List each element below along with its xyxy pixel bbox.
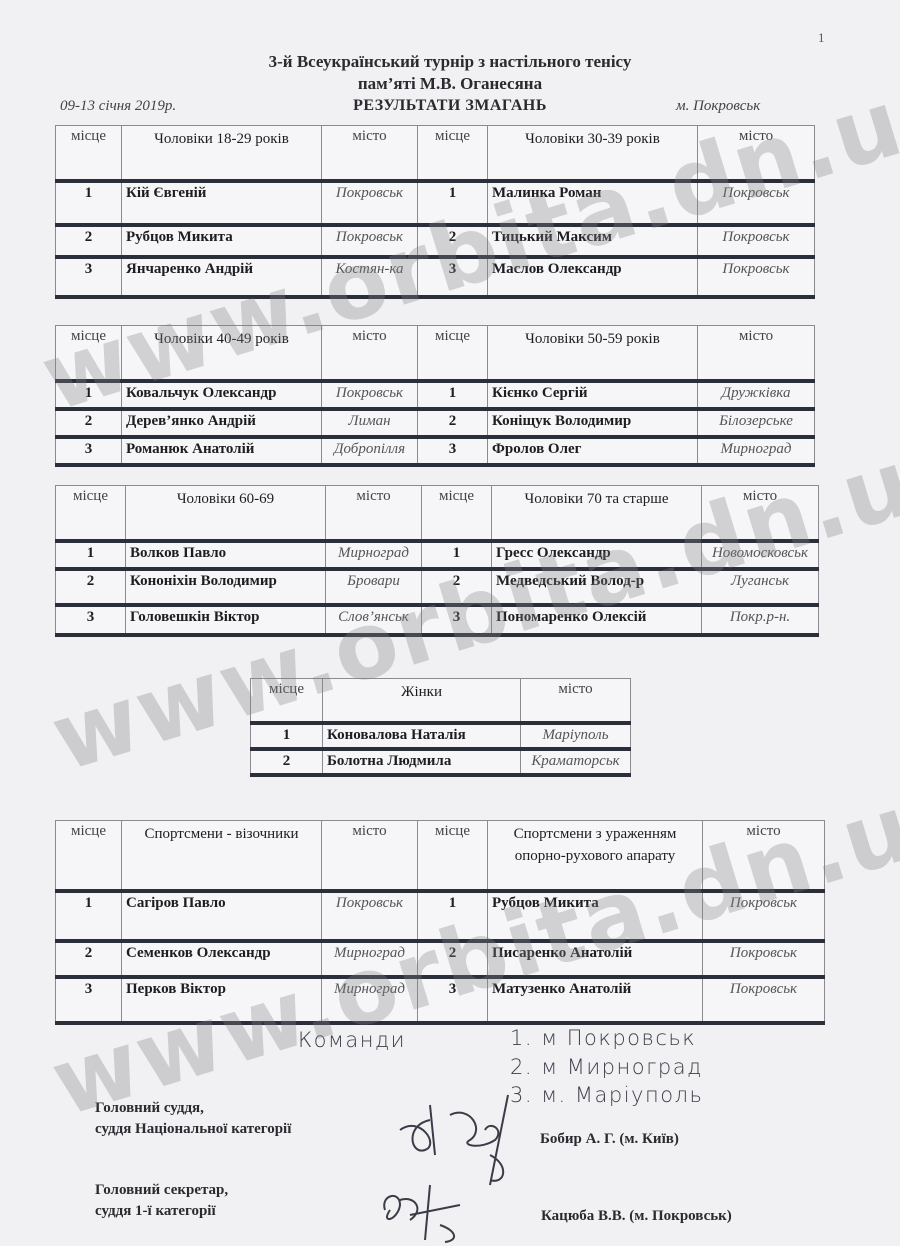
athlete-name: Романюк Анатолій — [122, 437, 322, 465]
table-header: місцеЧоловіки 40-49 роківмістомісцеЧолов… — [56, 326, 815, 381]
col-header-city: місто — [702, 486, 819, 541]
col-header-place: місце — [251, 679, 323, 723]
results-table: місцеЧоловіки 60-69містомісцеЧоловіки 70… — [55, 485, 819, 637]
place-cell: 2 — [56, 409, 122, 437]
athlete-name: Тицький Максим — [488, 225, 698, 257]
place-cell: 1 — [418, 891, 488, 941]
athlete-name: Пономаренко Олексій — [492, 605, 702, 635]
col-header-city: місто — [698, 326, 815, 381]
team-item: 2. м Мирноград — [510, 1055, 703, 1079]
page-number: 1 — [818, 30, 825, 46]
table-row: 3Перков ВікторМирноград3Матузенко Анатол… — [56, 977, 825, 1023]
athlete-name: Перков Віктор — [122, 977, 322, 1023]
category-title: Чоловіки 70 та старше — [492, 486, 702, 541]
athlete-name: Дерев’янко Андрій — [122, 409, 322, 437]
col-header-city: місто — [521, 679, 631, 723]
table-row: 3Головешкін ВікторСлов’янськ3Пономаренко… — [56, 605, 819, 635]
secretary-name: Кацюба В.В. (м. Покровськ) — [541, 1206, 732, 1227]
athlete-name: Коновалова Наталія — [323, 723, 521, 749]
place-cell: 2 — [418, 941, 488, 977]
category-title: Чоловіки 40-49 років — [122, 326, 322, 381]
city-cell: Добропілля — [322, 437, 418, 465]
city-cell: Костян-ка — [322, 257, 418, 297]
place-cell: 3 — [56, 437, 122, 465]
place-cell: 2 — [56, 569, 126, 605]
athlete-name: Кононіхін Володимир — [126, 569, 326, 605]
athlete-name: Медведський Волод-р — [492, 569, 702, 605]
category-title: Чоловіки 50-59 років — [488, 326, 698, 381]
col-header-place: місце — [56, 821, 122, 891]
athlete-name: Рубцов Микита — [488, 891, 703, 941]
city-cell: Білозерське — [698, 409, 815, 437]
city-cell: Покровськ — [703, 941, 825, 977]
city-cell: Новомосковськ — [702, 541, 819, 569]
city-cell: Слов’янськ — [326, 605, 422, 635]
teams-label: Команди — [298, 1028, 406, 1052]
city-cell: Бровари — [326, 569, 422, 605]
place-cell: 2 — [56, 225, 122, 257]
city-cell: Покровськ — [322, 225, 418, 257]
table-row: 2Болотна ЛюдмилаКраматорськ — [251, 749, 631, 775]
city-cell: Луганськ — [702, 569, 819, 605]
athlete-name: Кієнко Сергій — [488, 381, 698, 409]
athlete-name: Коніщук Володимир — [488, 409, 698, 437]
place-cell: 3 — [418, 437, 488, 465]
athlete-name: Болотна Людмила — [323, 749, 521, 775]
athlete-name: Головешкін Віктор — [126, 605, 326, 635]
judge-title-line: суддя Національної категорії — [95, 1119, 291, 1140]
table-row: 2Дерев’янко АндрійЛиман2Коніщук Володими… — [56, 409, 815, 437]
city-cell: Мирноград — [322, 941, 418, 977]
place-cell: 3 — [56, 257, 122, 297]
doc-subtitle: пам’яті М.В. Оганесяна — [0, 74, 900, 94]
table-row: 2Рубцов МикитаПокровськ2Тицький МаксимПо… — [56, 225, 815, 257]
secretary-title: Головний секретар, суддя 1-ї категорії — [95, 1180, 228, 1222]
event-place: м. Покровськ — [676, 98, 760, 115]
athlete-name: Малинка Роман — [488, 181, 698, 225]
doc-title: 3-й Всеукраїнський турнір з настільного … — [0, 52, 900, 72]
table-row: 3Романюк АнатолійДобропілля3Фролов ОлегМ… — [56, 437, 815, 465]
judge-name: Бобир А. Г. (м. Київ) — [540, 1129, 679, 1150]
athlete-name: Маслов Олександр — [488, 257, 698, 297]
athlete-name: Фролов Олег — [488, 437, 698, 465]
table-row: 1Кій ЄвгенійПокровськ1Малинка РоманПокро… — [56, 181, 815, 225]
place-cell: 2 — [56, 941, 122, 977]
city-cell: Покровськ — [322, 381, 418, 409]
event-date: 09-13 січня 2019р. — [60, 98, 176, 115]
table-header: місцеЧоловіки 18-29 роківмістомісцеЧолов… — [56, 126, 815, 181]
team-item: 1. м Покровськ — [510, 1026, 696, 1050]
athlete-name: Матузенко Анатолій — [488, 977, 703, 1023]
place-cell: 2 — [251, 749, 323, 775]
athlete-name: Волков Павло — [126, 541, 326, 569]
col-header-city: місто — [322, 326, 418, 381]
place-cell: 2 — [418, 409, 488, 437]
table-header: місцеСпортсмени - візочникимістомісцеСпо… — [56, 821, 825, 891]
place-cell: 1 — [56, 891, 122, 941]
city-cell: Мирноград — [326, 541, 422, 569]
col-header-place: місце — [422, 486, 492, 541]
place-cell: 1 — [56, 381, 122, 409]
results-table: місцеСпортсмени - візочникимістомісцеСпо… — [55, 820, 825, 1025]
city-cell: Мирноград — [698, 437, 815, 465]
table-row: 1Сагіров ПавлоПокровськ1Рубцов МикитаПок… — [56, 891, 825, 941]
category-title: Спортсмени - візочники — [122, 821, 322, 891]
city-cell: Мирноград — [322, 977, 418, 1023]
city-cell: Маріуполь — [521, 723, 631, 749]
table-row: 1Коновалова НаталіяМаріуполь — [251, 723, 631, 749]
judge-signature-icon — [390, 1085, 530, 1195]
place-cell: 3 — [418, 257, 488, 297]
place-cell: 2 — [418, 225, 488, 257]
category-title: Чоловіки 18-29 років — [122, 126, 322, 181]
place-cell: 3 — [56, 977, 122, 1023]
city-cell: Лиман — [322, 409, 418, 437]
place-cell: 1 — [56, 181, 122, 225]
city-cell: Покровськ — [322, 891, 418, 941]
table-row: 2Семенков ОлександрМирноград2Писаренко А… — [56, 941, 825, 977]
category-title: Жінки — [323, 679, 521, 723]
judge-title: Головний суддя, суддя Національної катег… — [95, 1098, 291, 1140]
athlete-name: Гресс Олександр — [492, 541, 702, 569]
place-cell: 1 — [418, 381, 488, 409]
results-table: місцеЧоловіки 18-29 роківмістомісцеЧолов… — [55, 125, 815, 299]
place-cell: 1 — [251, 723, 323, 749]
col-header-place: місце — [56, 126, 122, 181]
city-cell: Покровськ — [703, 977, 825, 1023]
athlete-name: Рубцов Микита — [122, 225, 322, 257]
athlete-name: Сагіров Павло — [122, 891, 322, 941]
col-header-city: місто — [322, 126, 418, 181]
secretary-title-line: Головний секретар, — [95, 1180, 228, 1201]
table-header: місцеЧоловіки 60-69містомісцеЧоловіки 70… — [56, 486, 819, 541]
col-header-place: місце — [418, 821, 488, 891]
athlete-name: Писаренко Анатолій — [488, 941, 703, 977]
results-table: місцеЧоловіки 40-49 роківмістомісцеЧолов… — [55, 325, 815, 467]
place-cell: 1 — [418, 181, 488, 225]
athlete-name: Семенков Олександр — [122, 941, 322, 977]
col-header-place: місце — [418, 126, 488, 181]
col-header-city: місто — [326, 486, 422, 541]
place-cell: 3 — [418, 977, 488, 1023]
col-header-place: місце — [56, 486, 126, 541]
city-cell: Покровськ — [322, 181, 418, 225]
place-cell: 1 — [56, 541, 126, 569]
col-header-city: місто — [703, 821, 825, 891]
col-header-city: місто — [698, 126, 815, 181]
team-item: 3. м. Маріуполь — [510, 1083, 703, 1107]
secretary-signature-icon — [370, 1180, 480, 1246]
judge-title-line: Головний суддя, — [95, 1098, 291, 1119]
col-header-place: місце — [418, 326, 488, 381]
table-row: 2Кононіхін ВолодимирБровари2Медведський … — [56, 569, 819, 605]
city-cell: Покр.р-н. — [702, 605, 819, 635]
city-cell: Покровськ — [703, 891, 825, 941]
table-header: місцеЖінкимісто — [251, 679, 631, 723]
category-title: Спортсмени з ураженням опорно-рухового а… — [488, 821, 703, 891]
secretary-title-line: суддя 1-ї категорії — [95, 1201, 228, 1222]
place-cell: 1 — [422, 541, 492, 569]
place-cell: 3 — [56, 605, 126, 635]
table-row: 3Янчаренко АндрійКостян-ка3Маслов Олекса… — [56, 257, 815, 297]
category-title: Чоловіки 30-39 років — [488, 126, 698, 181]
place-cell: 2 — [422, 569, 492, 605]
place-cell: 3 — [422, 605, 492, 635]
col-header-place: місце — [56, 326, 122, 381]
city-cell: Покровськ — [698, 225, 815, 257]
women-results-table: місцеЖінкимісто1Коновалова НаталіяМаріуп… — [250, 678, 631, 777]
city-cell: Краматорськ — [521, 749, 631, 775]
athlete-name: Янчаренко Андрій — [122, 257, 322, 297]
city-cell: Дружківка — [698, 381, 815, 409]
table-row: 1Волков ПавлоМирноград1Гресс ОлександрНо… — [56, 541, 819, 569]
table-row: 1Ковальчук ОлександрПокровськ1Кієнко Сер… — [56, 381, 815, 409]
athlete-name: Ковальчук Олександр — [122, 381, 322, 409]
category-title: Чоловіки 60-69 — [126, 486, 326, 541]
col-header-city: місто — [322, 821, 418, 891]
city-cell: Покровськ — [698, 257, 815, 297]
city-cell: Покровськ — [698, 181, 815, 225]
athlete-name: Кій Євгеній — [122, 181, 322, 225]
